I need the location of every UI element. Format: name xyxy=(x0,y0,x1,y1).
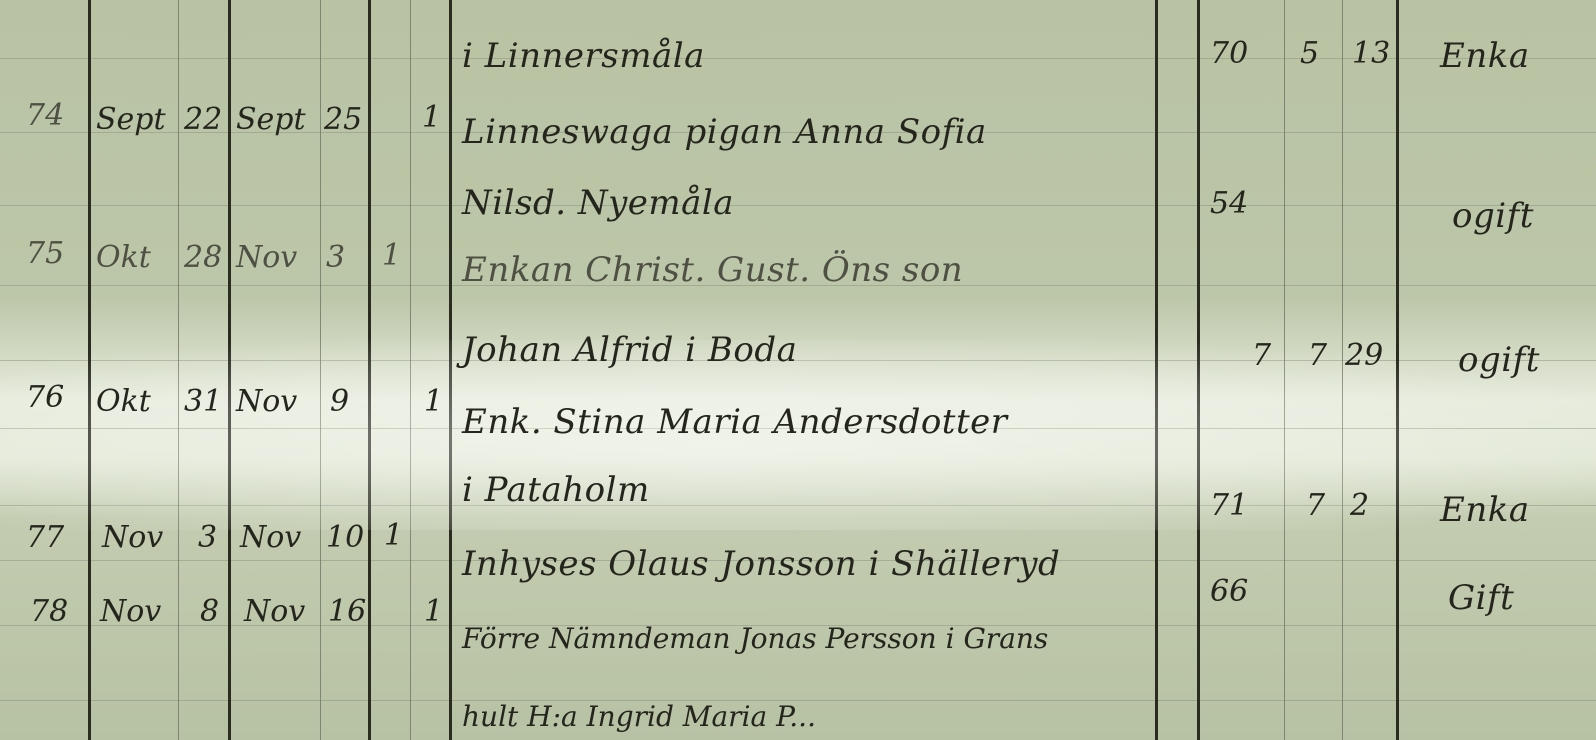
age-years: 71 xyxy=(1210,488,1248,523)
age-years: 70 xyxy=(1210,36,1248,71)
burial-day: 3 xyxy=(326,240,345,275)
death-day: 8 xyxy=(200,594,219,629)
age-days: 13 xyxy=(1352,36,1390,71)
entry-number: 75 xyxy=(26,236,64,271)
entry-number: 77 xyxy=(26,520,64,555)
name-line-2: i Pataholm xyxy=(462,470,650,510)
death-month: Nov xyxy=(100,594,161,629)
death-day: 31 xyxy=(184,384,222,419)
burial-month: Nov xyxy=(236,384,297,419)
civil-status: ogift xyxy=(1458,340,1540,380)
ledger-page: i Linnersmåla 70 5 13 Enka 74 Sept 22 Se… xyxy=(0,0,1596,740)
column-rule xyxy=(449,0,452,740)
death-month: Nov xyxy=(102,520,163,555)
residence-text: i Linnersmåla xyxy=(462,36,705,76)
age-months: 7 xyxy=(1306,488,1325,523)
burial-day: 16 xyxy=(328,594,366,629)
column-rule xyxy=(1284,0,1285,740)
age-days: 2 xyxy=(1350,488,1369,523)
burial-month: Sept xyxy=(236,102,306,137)
column-rule xyxy=(1155,0,1158,740)
age-years: 7 xyxy=(1252,338,1271,373)
count: 1 xyxy=(424,384,443,419)
count: 1 xyxy=(424,594,443,629)
count: 1 xyxy=(382,238,401,273)
death-day: 3 xyxy=(198,520,217,555)
death-day: 22 xyxy=(184,102,222,137)
age-days: 29 xyxy=(1345,338,1383,373)
entry-number: 78 xyxy=(30,594,68,629)
name-line-1: Linneswaga pigan Anna Sofia xyxy=(462,112,987,152)
burial-month: Nov xyxy=(240,520,301,555)
name-line-2: Johan Alfrid i Boda xyxy=(462,330,797,370)
age-years: 66 xyxy=(1210,574,1248,609)
name-line-2: Nilsd. Nyemåla xyxy=(462,183,734,223)
entry-number: 76 xyxy=(26,380,64,415)
age-years: 54 xyxy=(1210,186,1248,221)
column-rule xyxy=(88,0,91,740)
civil-status: Enka xyxy=(1440,36,1530,76)
burial-day: 10 xyxy=(326,520,364,555)
civil-status: Gift xyxy=(1448,578,1514,618)
civil-status: Enka xyxy=(1440,490,1530,530)
burial-day: 9 xyxy=(330,384,349,419)
name-line-1: Inhyses Olaus Jonsson i Shälleryd xyxy=(462,544,1060,584)
death-month: Sept xyxy=(96,102,166,137)
death-month: Okt xyxy=(96,384,151,419)
column-rule xyxy=(1396,0,1399,740)
burial-day: 25 xyxy=(324,102,362,137)
column-rule xyxy=(1197,0,1200,740)
column-rule xyxy=(368,0,371,740)
burial-month: Nov xyxy=(236,240,297,275)
death-day: 28 xyxy=(184,240,222,275)
count: 1 xyxy=(422,100,441,135)
name-line-1: Enkan Christ. Gust. Öns son xyxy=(462,250,963,290)
name-line-1: Förre Nämndeman Jonas Persson i Grans xyxy=(462,622,1048,655)
death-month: Okt xyxy=(96,240,151,275)
column-rule xyxy=(1342,0,1343,740)
name-line-1: Enk. Stina Maria Andersdotter xyxy=(462,402,1008,442)
burial-month: Nov xyxy=(244,594,305,629)
entry-number: 74 xyxy=(26,98,64,133)
column-rule xyxy=(410,0,411,740)
age-months: 7 xyxy=(1308,338,1327,373)
civil-status: ogift xyxy=(1452,196,1534,236)
ruled-line xyxy=(0,205,1596,206)
count: 1 xyxy=(384,518,403,553)
column-rule xyxy=(228,0,231,740)
column-rule xyxy=(178,0,179,740)
column-rule xyxy=(320,0,321,740)
name-line-2: hult H:a Ingrid Maria P... xyxy=(462,700,816,733)
age-months: 5 xyxy=(1300,36,1319,71)
